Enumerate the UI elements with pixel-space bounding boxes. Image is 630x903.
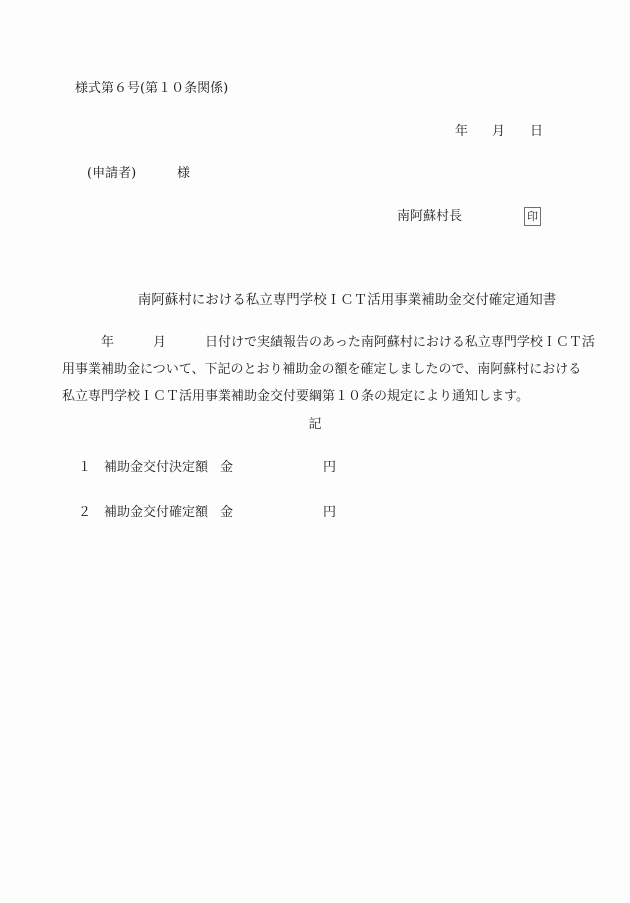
- item-label: 補助金交付決定額: [104, 461, 208, 475]
- item-number: ２: [78, 506, 91, 520]
- seal-box: 印: [524, 207, 541, 226]
- date-month-label: 月: [492, 125, 505, 139]
- amount-prefix: 金: [220, 506, 233, 520]
- document-title: 南阿蘇村における私立専門学校ＩＣＴ活用事業補助金交付確定通知書: [62, 293, 600, 307]
- document-page: 様式第６号(第１０条関係) 年 月 日 (申請者) 様 南阿蘇村長 印 南阿蘇村…: [0, 0, 630, 903]
- amount-suffix: 円: [323, 506, 336, 520]
- date-day-label: 日: [530, 125, 543, 139]
- date-year-label: 年: [455, 125, 468, 139]
- issuer-title: 南阿蘇村長: [397, 210, 462, 224]
- subsidy-item-row: １ 補助金交付決定額 金 円: [0, 461, 630, 475]
- record-marker: 記: [62, 418, 568, 432]
- form-number: 様式第６号(第１０条関係): [75, 82, 228, 96]
- item-label: 補助金交付確定額: [104, 506, 208, 520]
- item-number: １: [78, 461, 91, 475]
- amount-prefix: 金: [220, 461, 233, 475]
- issuer-line: 南阿蘇村長 印: [0, 210, 630, 230]
- issue-date-line: 年 月 日: [0, 125, 630, 139]
- body-line: 用事業補助金について、下記のとおり補助金の額を確定しましたので、南阿蘇村における: [62, 363, 581, 377]
- seal-mark: 印: [527, 211, 538, 222]
- body-line: 私立専門学校ＩＣＴ活用事業補助金交付要綱第１０条の規定により通知します。: [62, 390, 529, 404]
- body-line: 年 月 日付けで実績報告のあった南阿蘇村における私立専門学校ＩＣＴ活: [62, 336, 595, 350]
- addressee-label: (申請者): [87, 167, 136, 181]
- addressee-honorific: 様: [177, 167, 190, 181]
- amount-suffix: 円: [323, 461, 336, 475]
- subsidy-item-row: ２ 補助金交付確定額 金 円: [0, 506, 630, 520]
- addressee-line: (申請者) 様: [0, 167, 630, 181]
